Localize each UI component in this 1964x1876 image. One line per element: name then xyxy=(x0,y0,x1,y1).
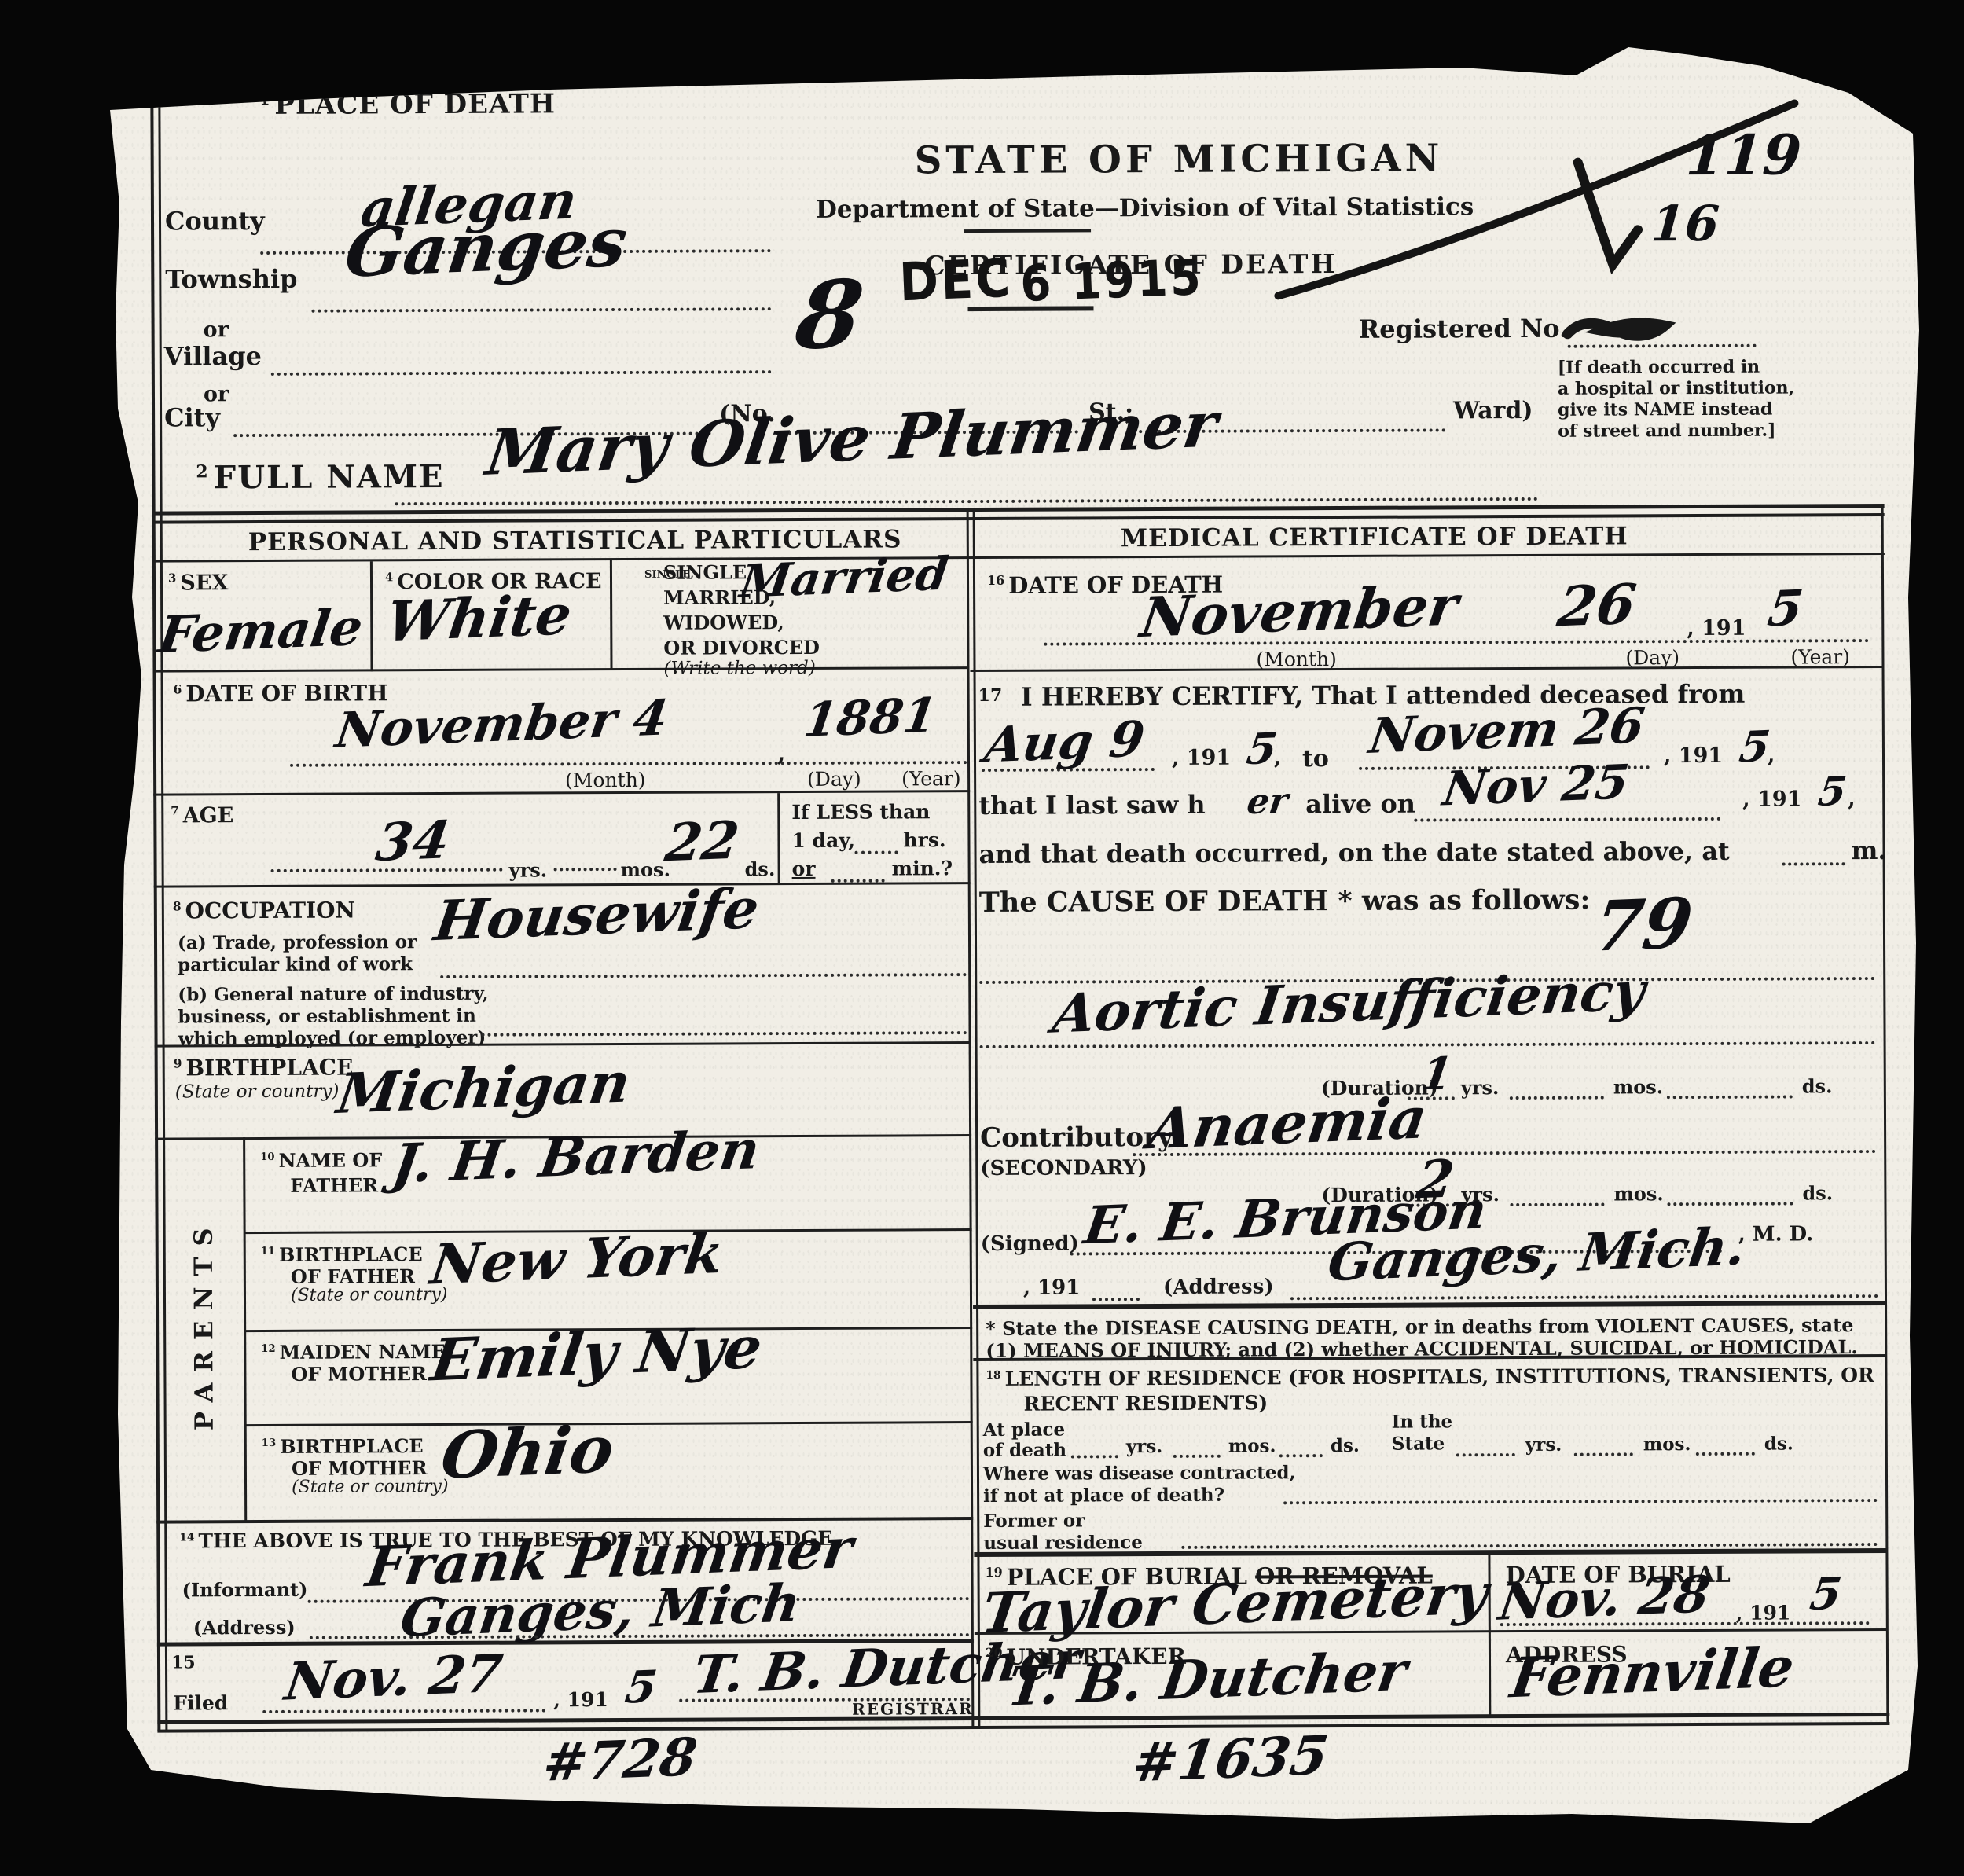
mother-bp-label3: (State or country) xyxy=(292,1477,449,1497)
dept-line: Department of State—Division of Vital St… xyxy=(816,193,1474,224)
certify-year3-printed: , 191 xyxy=(1742,787,1801,811)
age-less-line1: If LESS than xyxy=(791,800,930,824)
cause-dur-dots3 xyxy=(1667,1096,1793,1100)
marital-value: Married xyxy=(737,547,952,608)
filed-date-value: Nov. 27 xyxy=(281,1643,506,1713)
occupation-b1: (b) General nature of industry, xyxy=(178,983,488,1006)
sex-label: 3SEX xyxy=(168,571,229,595)
certify-line4-dots xyxy=(1782,862,1845,865)
left-file-number: #728 xyxy=(540,1726,701,1793)
informant-label: (Informant) xyxy=(182,1578,308,1602)
rule-l2 xyxy=(153,790,970,796)
rule-l1 xyxy=(153,666,970,673)
contributory-ds: ds. xyxy=(1802,1181,1833,1204)
father-bp-label: 11BIRTHPLACE xyxy=(261,1243,423,1266)
certify-comma2: , xyxy=(1768,743,1775,768)
footnote-line2: (1) MEANS OF INJURY; and (2) whether ACC… xyxy=(986,1335,1857,1362)
certify-her: er xyxy=(1245,780,1290,822)
occupation-a1: (a) Trade, profession or xyxy=(178,931,417,953)
certify-year2-printed: , 191 xyxy=(1664,743,1723,768)
dob-month-day: November 4 xyxy=(332,688,672,758)
scanned-death-certificate: 1PLACE OF DEATH County allegan Township … xyxy=(0,0,1964,1876)
signed-md: , M. D. xyxy=(1738,1222,1814,1246)
residence-mos1: mos. xyxy=(1228,1435,1276,1456)
father-bp-value: New York xyxy=(427,1221,727,1298)
burial-year-written: 5 xyxy=(1807,1568,1845,1621)
filed-num: 15 xyxy=(171,1652,196,1672)
age-less-line3a: or xyxy=(792,857,816,880)
state-title: STATE OF MICHIGAN xyxy=(915,136,1444,182)
residence-yrs2: yrs. xyxy=(1525,1434,1562,1456)
occupation-b-line xyxy=(482,1031,967,1037)
dod-year-written: 5 xyxy=(1764,579,1806,638)
age-years-value: 34 xyxy=(373,809,453,873)
dob-sub-day: (Day) xyxy=(807,768,861,791)
residence-atplace1: At place xyxy=(983,1419,1066,1441)
res-dots4 xyxy=(1456,1453,1515,1456)
res-dots1 xyxy=(1071,1455,1118,1458)
paper-sheet: 1PLACE OF DEATH County allegan Township … xyxy=(0,0,1964,1876)
father-name-value: J. H. Barden xyxy=(388,1118,763,1195)
mother-bp-value: Ohio xyxy=(437,1412,619,1494)
residence-ds1: ds. xyxy=(1331,1435,1360,1456)
full-name-value: Mary Olive Plummer xyxy=(482,387,1221,490)
dod-month-value: November xyxy=(1136,572,1462,650)
certify-line4: and that death occurred, on the date sta… xyxy=(978,836,1729,869)
ward-label: Ward) xyxy=(1453,397,1533,424)
village-line xyxy=(271,370,772,376)
date-stamp-day-year: 6 1915 xyxy=(1019,249,1204,314)
contrib-dur-dots3 xyxy=(1667,1202,1793,1206)
mother-bp-label: 13BIRTHPLACE xyxy=(262,1434,424,1458)
age-less-line3b: min.? xyxy=(892,857,953,879)
birthplace-value: Michigan xyxy=(333,1050,634,1127)
cause-ds: ds. xyxy=(1802,1074,1833,1097)
parents-label: PARENTS xyxy=(188,1151,219,1496)
dod-day-value: 26 xyxy=(1554,571,1639,640)
dod-sub-year: (Year) xyxy=(1790,645,1850,668)
occupation-value: Housewife xyxy=(431,876,763,953)
residence-ds2: ds. xyxy=(1764,1434,1793,1455)
certify-line3-mid: alive on xyxy=(1305,789,1415,820)
certify-to-value: Novem 26 xyxy=(1366,696,1648,765)
age-less-dots1 xyxy=(855,850,898,854)
signed-year-printed: , 191 xyxy=(1023,1276,1081,1299)
cert-number: 119 xyxy=(1684,122,1804,188)
full-name-label: 2FULL NAME xyxy=(196,458,444,496)
age-line1 xyxy=(271,868,503,872)
dob-sub-month: (Month) xyxy=(565,769,646,791)
certify-line4-end: m. xyxy=(1851,835,1886,865)
residence-mos2: mos. xyxy=(1643,1434,1691,1455)
dod-sub-month: (Month) xyxy=(1256,648,1337,670)
cause-dur-dots2 xyxy=(1510,1096,1604,1100)
certify-year3-written: 5 xyxy=(1815,768,1849,815)
res-dots2 xyxy=(1173,1455,1221,1458)
cause-yrs: yrs. xyxy=(1461,1076,1500,1099)
father-bp-label3: (State or country) xyxy=(291,1285,448,1305)
father-name-label: 10NAME OF xyxy=(260,1148,382,1172)
residence-contracted1: Where was disease contracted, xyxy=(983,1462,1296,1485)
occupation-b3: which employed (or employer) xyxy=(178,1027,486,1050)
certify-from-line xyxy=(982,768,1155,772)
signed-address-line xyxy=(1290,1294,1878,1300)
residence-atplace2: of death xyxy=(983,1440,1066,1461)
burial-year-printed: , 191 xyxy=(1736,1602,1791,1625)
cert-number-sub: 16 xyxy=(1650,195,1721,252)
cause-intro: The CAUSE OF DEATH * was as follows: xyxy=(979,884,1591,919)
township-line xyxy=(312,307,772,313)
registered-no-label: Registered No. xyxy=(1359,314,1569,344)
county-label: County xyxy=(165,206,265,237)
residence-instate2: State xyxy=(1392,1433,1445,1454)
certify-last-seen-value: Nov 25 xyxy=(1440,754,1632,817)
city-label: City xyxy=(164,402,220,432)
date-stamp-month: DEC xyxy=(898,248,1014,314)
dob-line xyxy=(290,761,967,767)
township-label: Township xyxy=(165,264,297,295)
age-less-dots2 xyxy=(831,879,885,883)
age-less-line2a: 1 day, xyxy=(791,829,855,852)
rule-r1 xyxy=(971,666,1884,672)
residence-title2: RECENT RESIDENTS) xyxy=(1024,1391,1268,1415)
certify-from-value: Aug 9 xyxy=(981,710,1147,774)
residence-instate1: In the xyxy=(1392,1411,1453,1432)
mother-name-label: 12MAIDEN NAME xyxy=(261,1340,446,1364)
stamp-underline xyxy=(967,306,1093,311)
right-border xyxy=(1881,505,1889,1724)
age-less-line2b: hrs. xyxy=(903,828,945,851)
check-tick-mark xyxy=(1578,162,1639,264)
certify-line3-pre: that I last saw h xyxy=(978,790,1206,821)
occupation-a-line xyxy=(440,973,967,978)
cause-code: 79 xyxy=(1589,882,1697,967)
dod-year-printed: , 191 xyxy=(1687,616,1746,641)
signed-year-dots xyxy=(1092,1298,1140,1301)
registrar-label: REGISTRAR xyxy=(852,1699,973,1719)
registered-no-scribble xyxy=(1568,323,1665,336)
marital-line4: OR DIVORCED xyxy=(663,636,820,659)
certify-comma3: , xyxy=(1848,787,1856,811)
undertaker-address-value: Fennville xyxy=(1507,1634,1797,1710)
dept-rule xyxy=(964,229,1091,233)
birthplace-sub: (State or country) xyxy=(175,1081,340,1103)
res-dots6 xyxy=(1696,1452,1755,1456)
filed-line xyxy=(262,1709,545,1713)
informant-address-label: (Address) xyxy=(193,1616,296,1639)
contrib-dur-dots2 xyxy=(1510,1203,1604,1207)
contributory-label: Contributory xyxy=(980,1122,1173,1154)
mother-name-value: Emily Nye xyxy=(427,1314,765,1394)
township-value: Ganges xyxy=(340,203,632,293)
signed-label: (Signed) xyxy=(981,1232,1079,1256)
birthplace-label: 9BIRTHPLACE xyxy=(174,1054,354,1081)
certify-to-label: to xyxy=(1302,745,1329,773)
right-file-number: #1635 xyxy=(1129,1724,1332,1795)
cell-div-2 xyxy=(610,560,613,670)
hospital-note: [If death occurred in a hospital or inst… xyxy=(1558,356,1841,442)
burial-date-line xyxy=(1500,1621,1870,1626)
occupation-a2: particular kind of work xyxy=(178,953,413,975)
occupation-b2: business, or establishment in xyxy=(178,1005,475,1028)
marital-line1: SINGLE, xyxy=(663,560,754,583)
rule-fullname-1 xyxy=(152,504,1885,516)
filed-year-printed: , 191 xyxy=(553,1688,608,1711)
residence-former1: Former or xyxy=(983,1510,1085,1532)
place-of-death-label: 1PLACE OF DEATH xyxy=(259,88,556,121)
res-dots3 xyxy=(1279,1454,1323,1457)
village-label: Village xyxy=(164,341,262,372)
mother-name-label2: OF MOTHER xyxy=(291,1362,427,1386)
or-label-1: or xyxy=(204,318,229,342)
marital-sub: (Write the word) xyxy=(663,658,815,679)
house-number-value: 8 xyxy=(790,259,870,370)
dod-sub-day: (Day) xyxy=(1625,646,1679,669)
cause-mos: mos. xyxy=(1613,1075,1663,1098)
residence-contracted-line xyxy=(1283,1499,1878,1504)
residence-title: 18LENGTH OF RESIDENCE (FOR HOSPITALS, IN… xyxy=(986,1364,1874,1390)
signed-address-label: (Address) xyxy=(1163,1275,1274,1299)
age-days-value: 22 xyxy=(662,810,743,874)
residence-contracted2: if not at place of death? xyxy=(983,1485,1224,1507)
full-name-line xyxy=(395,497,1539,505)
certify-num: 17 xyxy=(978,685,1003,706)
dob-sub-year: (Year) xyxy=(901,767,961,790)
contributory-sub: (SECONDARY) xyxy=(980,1156,1147,1180)
father-name-label2: FATHER xyxy=(290,1173,378,1196)
certify-last-seen-line xyxy=(1414,817,1720,822)
cell-div-1 xyxy=(370,561,373,671)
contributory-value: Anaemia xyxy=(1144,1084,1430,1162)
certify-year1-printed: , 191 xyxy=(1172,746,1231,770)
certify-comma1: , xyxy=(1274,745,1282,769)
race-value: White xyxy=(383,582,576,654)
age-box-line xyxy=(777,793,780,883)
cause-value: Aortic Insufficiency xyxy=(1049,960,1649,1045)
sex-value: Female xyxy=(155,598,366,665)
marital-line3: WIDOWED, xyxy=(663,611,784,634)
contributory-mos: mos. xyxy=(1613,1182,1663,1205)
dob-year: 1881 xyxy=(801,688,940,748)
right-section-title: MEDICAL CERTIFICATE OF DEATH xyxy=(1121,522,1628,553)
age-yrs-label: yrs. xyxy=(509,858,548,881)
registered-no-line xyxy=(1568,344,1757,348)
rule-r2 xyxy=(973,1301,1886,1309)
occupation-label: 8OCCUPATION xyxy=(173,897,355,923)
age-line2 xyxy=(554,868,617,871)
age-label: 7AGE xyxy=(171,803,233,828)
residence-yrs1: yrs. xyxy=(1126,1436,1163,1457)
residence-former2: usual residence xyxy=(983,1532,1143,1554)
filed-label: Filed xyxy=(173,1691,228,1714)
res-dots5 xyxy=(1574,1452,1633,1456)
rule-bottom-2 xyxy=(157,1722,1889,1733)
filed-year-written: 5 xyxy=(622,1661,660,1714)
